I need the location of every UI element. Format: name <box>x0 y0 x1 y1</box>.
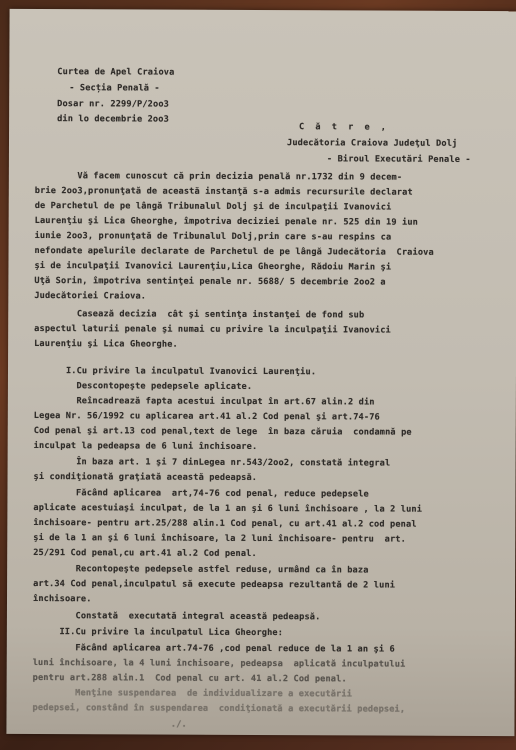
body-line: iunie 2oo3, pronunţată de Tribunalul Dol… <box>35 231 392 243</box>
body-line: pedepsei, constând în suspendarea condiţ… <box>33 703 406 715</box>
body-line: art.34 Cod penal,inculpatul să execute p… <box>33 579 395 591</box>
body-line: aspectul laturii penale şi numai cu priv… <box>34 324 391 336</box>
body-line: În baza art. 1 şi 7 dinLegea nr.543/2oo2… <box>34 457 391 469</box>
body-line: Făcând aplicarea art.74-76 ,cod penal re… <box>33 643 395 655</box>
body-line: ./. <box>32 719 186 730</box>
body-line: aplicate acestuiaşi inculpat, de la 1 an… <box>33 503 422 515</box>
body-line: Reîncadrează fapta acestui inculpat în a… <box>34 396 375 407</box>
body-line: nefondate apelurile declarate de Parchet… <box>35 246 434 258</box>
body-line: Laurenţiu şi Lica Gheorghe. <box>34 339 178 350</box>
body-line: 25/291 Cod penal,cu art.41 al.2 Cod pena… <box>33 548 257 559</box>
body-line: inculpat la pedeapsa de 6 luni închisoar… <box>34 441 258 452</box>
body-line: de Parchetul de pe lângă Tribunalul Dolj… <box>35 201 392 213</box>
body-line: şi de la 1 an şi 6 luni închisoare, la 2… <box>33 533 406 545</box>
file-date: din lo decembrie 2oo3 <box>57 114 169 124</box>
body-line: Judecătoriei Craiova. <box>34 291 146 301</box>
court-name: Curtea de Apel Craiova <box>57 67 174 78</box>
body-line: închisoare- pentru art.25/288 alin.1 Cod… <box>33 518 416 530</box>
court-section: - Secția Penală - <box>69 83 160 93</box>
body-line: Vă facem cunoscut că prin decizia penală… <box>35 171 402 183</box>
body-line: Legea Nr. 56/1992 cu aplicarea art.41 al… <box>34 411 380 423</box>
body-line: Recontopeşte pedepsele astfel reduse, ur… <box>33 564 368 575</box>
addressee-institution: Judecătoria Craiova Judeţul Dolj <box>287 138 457 149</box>
body-line: brie 2oo3,pronunţată de această instanţă… <box>35 186 413 198</box>
document-body: Vă facem cunoscut că prin decizia penală… <box>10 9 516 11</box>
addressee-to: C ă t r e , <box>299 122 389 132</box>
body-line: şi de inculpaţii Ivanovici Laurenţiu,Lic… <box>34 261 391 273</box>
addressee-block: C ă t r e , Judecătoria Craiova Judeţul … <box>10 9 516 11</box>
body-line: I.Cu privire la inculpatul Ivanovici Lau… <box>34 366 316 377</box>
body-line: Făcând aplicarea art,74-76 cod penal, re… <box>33 488 368 499</box>
body-line: Uţă Sorin, împotriva sentinţei penale nr… <box>34 276 385 288</box>
body-line: luni închisoare, la 4 luni închisoare, p… <box>33 658 406 670</box>
file-number: Dosar nr. 2299/P/2oo3 <box>57 99 169 109</box>
addressee-office: - Biroul Executări Penale - <box>327 154 471 165</box>
body-line: Cod penal şi art.13 cod penal,text de le… <box>34 426 412 438</box>
body-line: Menţine suspendarea de individualizare a… <box>33 688 352 699</box>
body-line: închisoare. <box>33 594 92 604</box>
body-line: Casează decizia cât şi sentinţa instanţe… <box>34 309 364 320</box>
body-line: pentru art.288 alin.1 Cod penal cu art. … <box>33 673 347 684</box>
body-line: Descontopeşte pedepsele aplicate. <box>34 381 252 392</box>
body-line: şi condiţionată graţiată această pedeaps… <box>34 472 258 483</box>
body-line: II.Cu privire la inculpatul Lica Gheorgh… <box>33 627 283 638</box>
document-page: Curtea de Apel Craiova - Secția Penală -… <box>6 9 516 736</box>
body-line: Constată executată integral această pede… <box>33 611 321 622</box>
body-line: Laurenţiu şi Lica Gheorghe, împotriva de… <box>35 216 418 228</box>
header-left: Curtea de Apel Craiova - Secția Penală -… <box>10 9 516 11</box>
